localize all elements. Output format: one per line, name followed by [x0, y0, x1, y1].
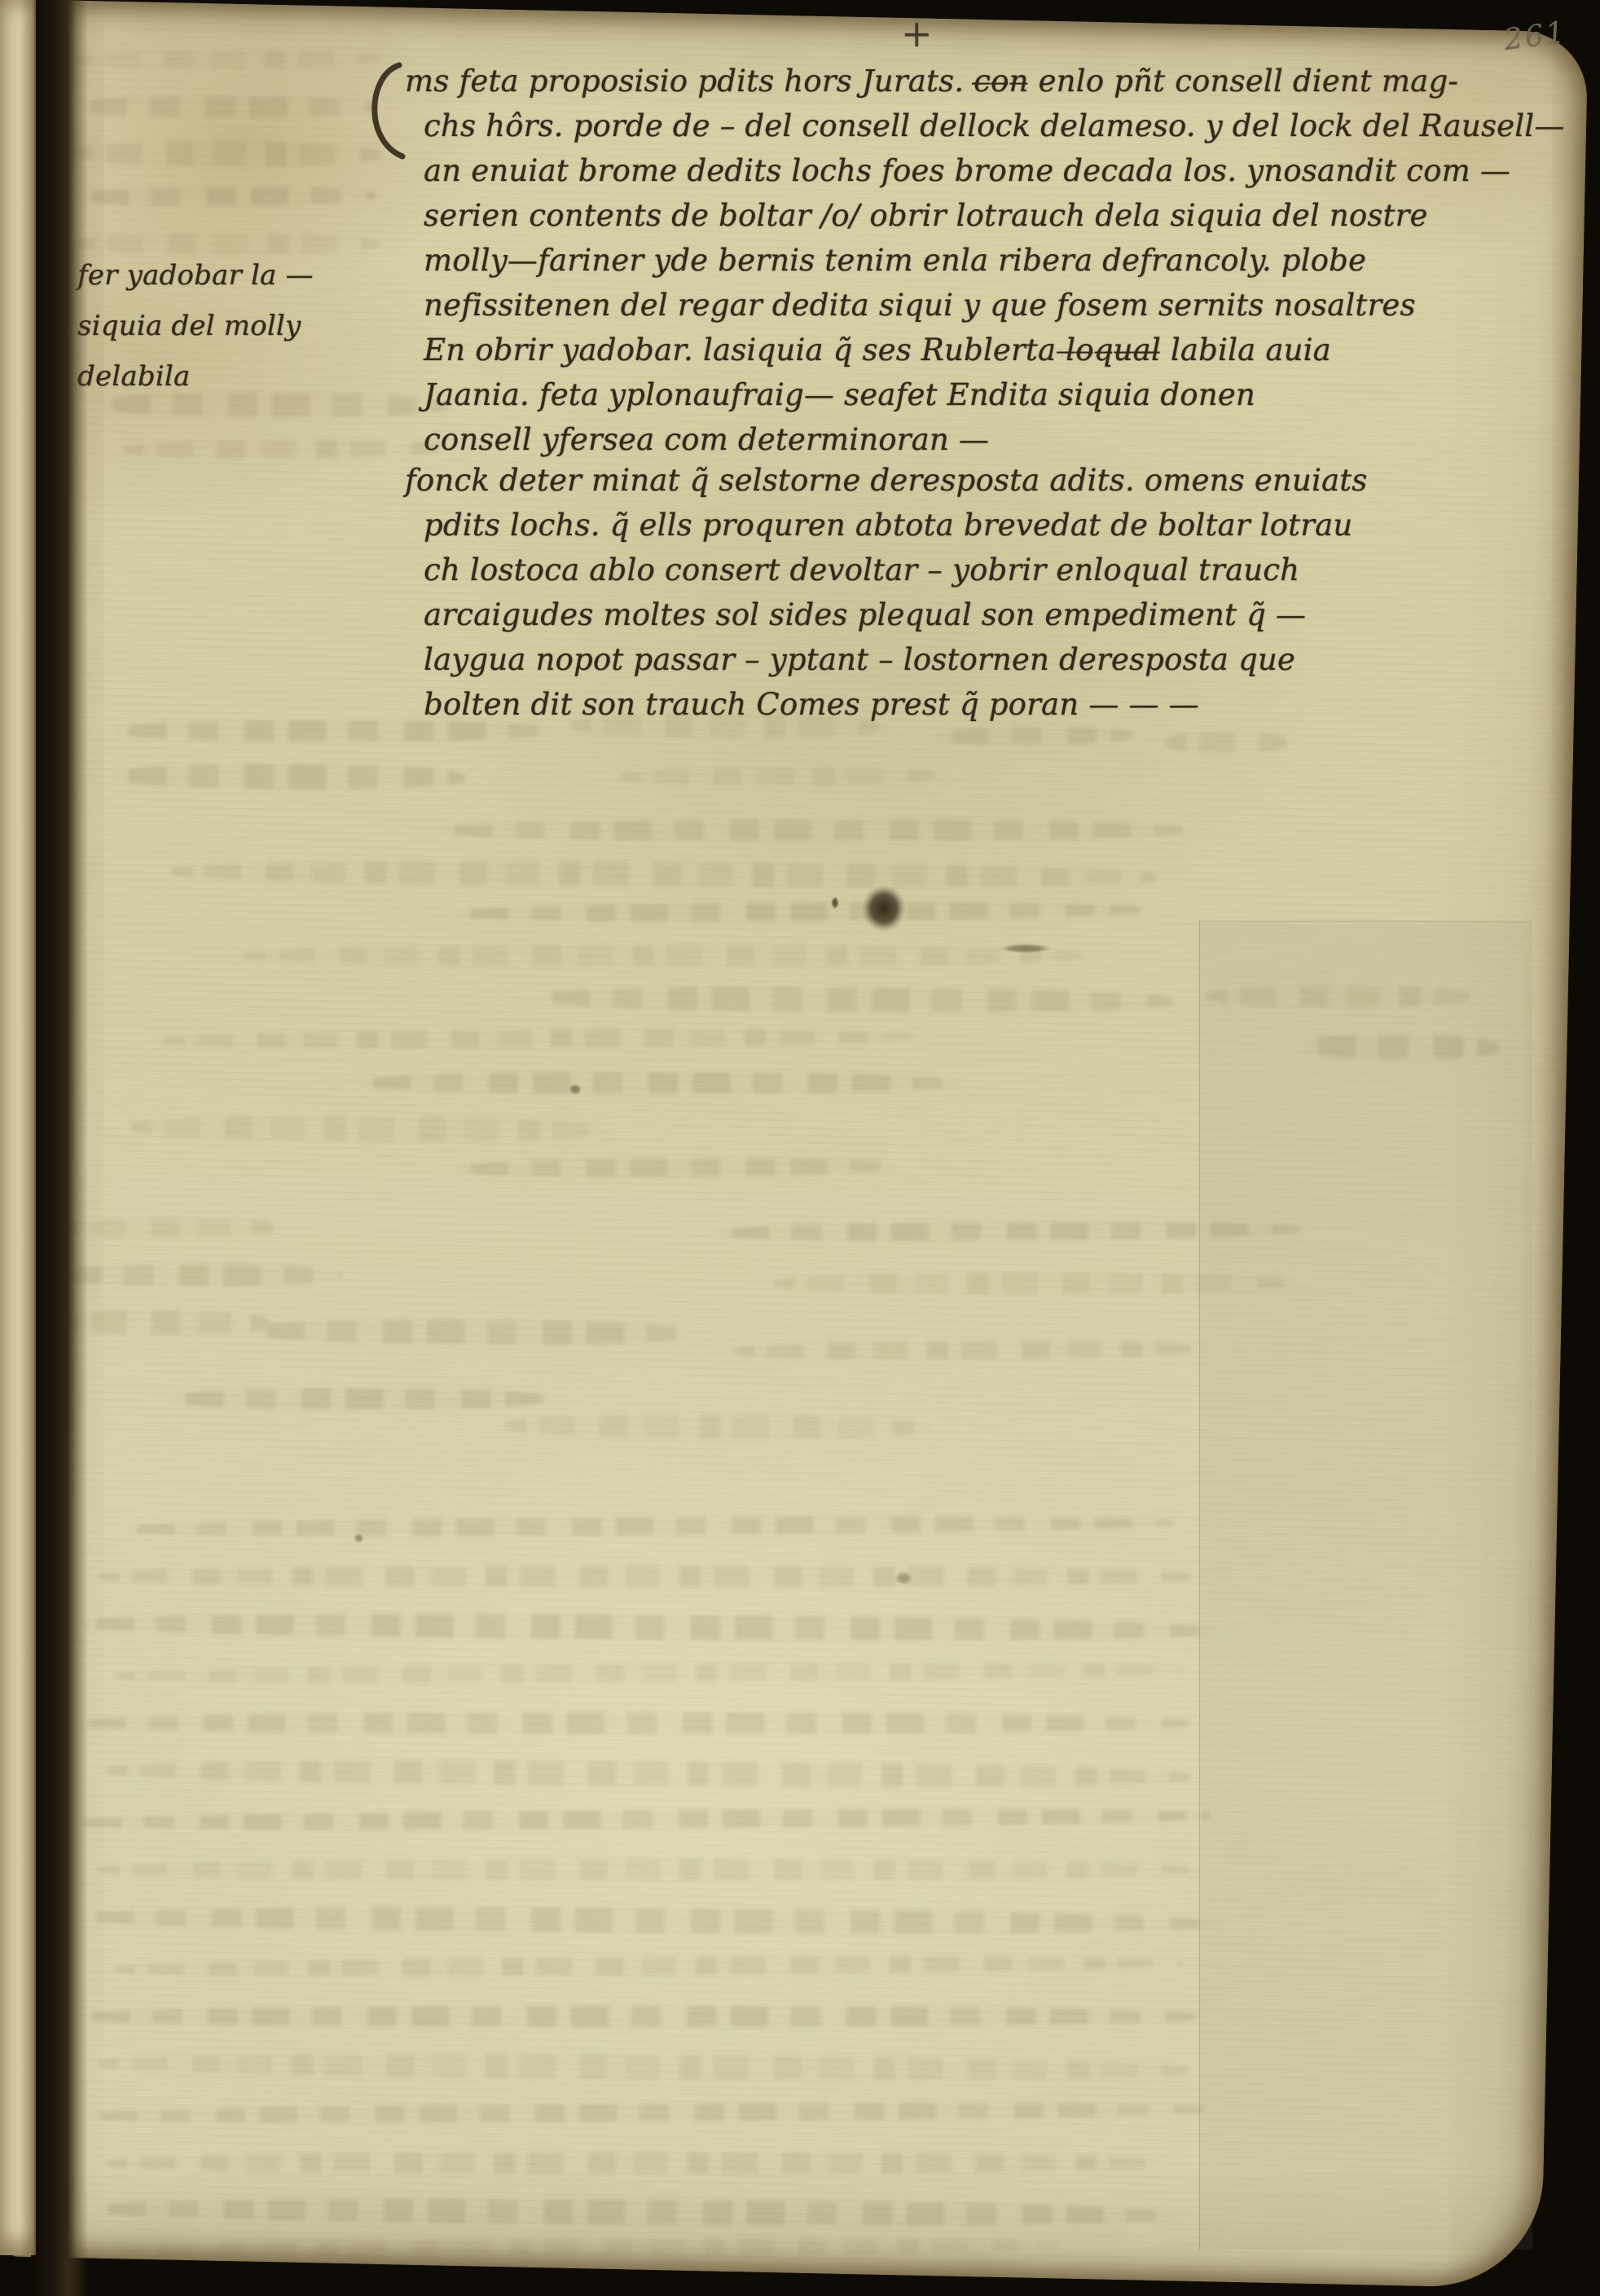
page-number: 261: [1502, 15, 1570, 57]
ink-blot: [862, 885, 906, 932]
bleed-through-line: [77, 2006, 1202, 2027]
photo-backdrop: { "page": { "number": "261", "cross_mark…: [0, 0, 1600, 2296]
bleed-through-line: [122, 1514, 1173, 1538]
bleed-through-line: [75, 96, 378, 117]
bleed-through-line: [86, 2100, 1210, 2125]
bleed-through-line: [456, 1157, 896, 1177]
bleed-through-line: [244, 945, 1084, 966]
bleed-through-line: [163, 1027, 912, 1050]
bleed-through-line: [130, 1115, 603, 1142]
bleed-through-line: [98, 1859, 1198, 1880]
ink-blot: [569, 1084, 582, 1095]
bleed-through-line: [619, 767, 937, 786]
text-line: laygua nopot passar – yptant – lostornen…: [424, 642, 1295, 677]
text-line: pdits lochs. q̃ ells proquren abtota bre…: [424, 508, 1352, 543]
text-line: siquia del molly: [77, 310, 301, 342]
bleed-through-line: [253, 1318, 692, 1345]
bleed-through-line: [1165, 732, 1287, 753]
bleed-through-line: [98, 392, 448, 419]
text-line: chs hôrs. porde de – del consell dellock…: [424, 108, 1565, 143]
text-line: arcaigudes moltes sol sides plequal son …: [424, 597, 1306, 632]
ink-blot: [895, 1571, 912, 1586]
bleed-through-line: [171, 1388, 546, 1410]
bleed-through-line: [81, 1905, 1214, 1936]
ink-blot: [354, 1533, 364, 1543]
bleed-through-line: [77, 187, 376, 206]
bleed-through-line: [456, 900, 1141, 922]
bleed-through-line: [114, 1660, 1181, 1685]
bleed-through-line: [57, 1218, 285, 1238]
bleed-through-line: [72, 141, 381, 167]
bleed-through-line: [98, 2052, 1189, 2083]
bleed-through-line: [73, 233, 379, 254]
bleed-through-line: [73, 1713, 1189, 1734]
bleed-through-line: [440, 820, 1189, 841]
bleed-through-line: [94, 2197, 1177, 2228]
bleed-through-line: [57, 1309, 269, 1335]
gutter-shadow: [31, 0, 88, 2296]
text-line: En obrir yadobar. lasiquia q̃ ses Rubler…: [424, 332, 1331, 367]
text-line: molly—fariner yde bernis tenim enla ribe…: [424, 243, 1366, 278]
bleed-through-line: [114, 763, 464, 790]
bleed-through-line: [106, 1758, 1189, 1789]
bleed-through-line: [81, 1612, 1214, 1643]
text-line: nefissitenen del regar dedita siqui y qu…: [424, 288, 1416, 323]
ink-blot: [999, 943, 1053, 953]
bleed-through-line: [106, 2153, 1165, 2174]
ink-blot: [831, 896, 839, 909]
bleed-through-line: [358, 1072, 961, 1093]
bleed-through-line: [114, 1954, 1181, 1978]
text-line: consell yfersea com determinoran —: [424, 422, 989, 457]
bleed-through-line: [122, 2236, 1059, 2259]
bleed-through-line: [937, 726, 1132, 745]
bleed-through-line: [538, 986, 1173, 1014]
bleed-through-line: [98, 1566, 1198, 1587]
adjacent-page-edge: [0, 0, 36, 2255]
bleed-through-line: [49, 1265, 342, 1286]
page-content-layer: 261 + fer yadobar la —siquia del mollyde…: [0, 0, 1600, 2296]
text-line: serien contents de boltar /o/ obrir lotr…: [424, 198, 1428, 233]
text-line: ms feta proposisio pdits hors Jurats. c̶…: [405, 64, 1458, 99]
text-line: ch lostoca ablo consert devoltar – yobri…: [424, 552, 1299, 587]
bleed-through-line: [114, 720, 554, 741]
bleed-through-line: [69, 1807, 1210, 1832]
text-line: an enuiat brome dedits lochs foes brome …: [424, 153, 1510, 188]
bleed-through-line: [122, 439, 448, 459]
text-line: bolten dit son trauch Comes prest q̃ por…: [424, 687, 1199, 722]
repair-patch: [1199, 921, 1532, 2250]
cross-mark: +: [901, 11, 933, 55]
text-line: fonck deter minat q̃ selstorne derespost…: [405, 463, 1368, 498]
bleed-through-line: [505, 1413, 929, 1440]
text-line: delabila: [77, 360, 190, 393]
text-line: fer yadobar la —: [77, 259, 314, 292]
bleed-through-line: [171, 859, 1157, 889]
bleed-through-line: [70, 50, 380, 69]
text-line: Jaania. feta yplonaufraig— seafet Endita…: [424, 377, 1255, 412]
paragraph-brace: [360, 60, 406, 161]
bleed-through-line: [733, 1339, 1206, 1361]
